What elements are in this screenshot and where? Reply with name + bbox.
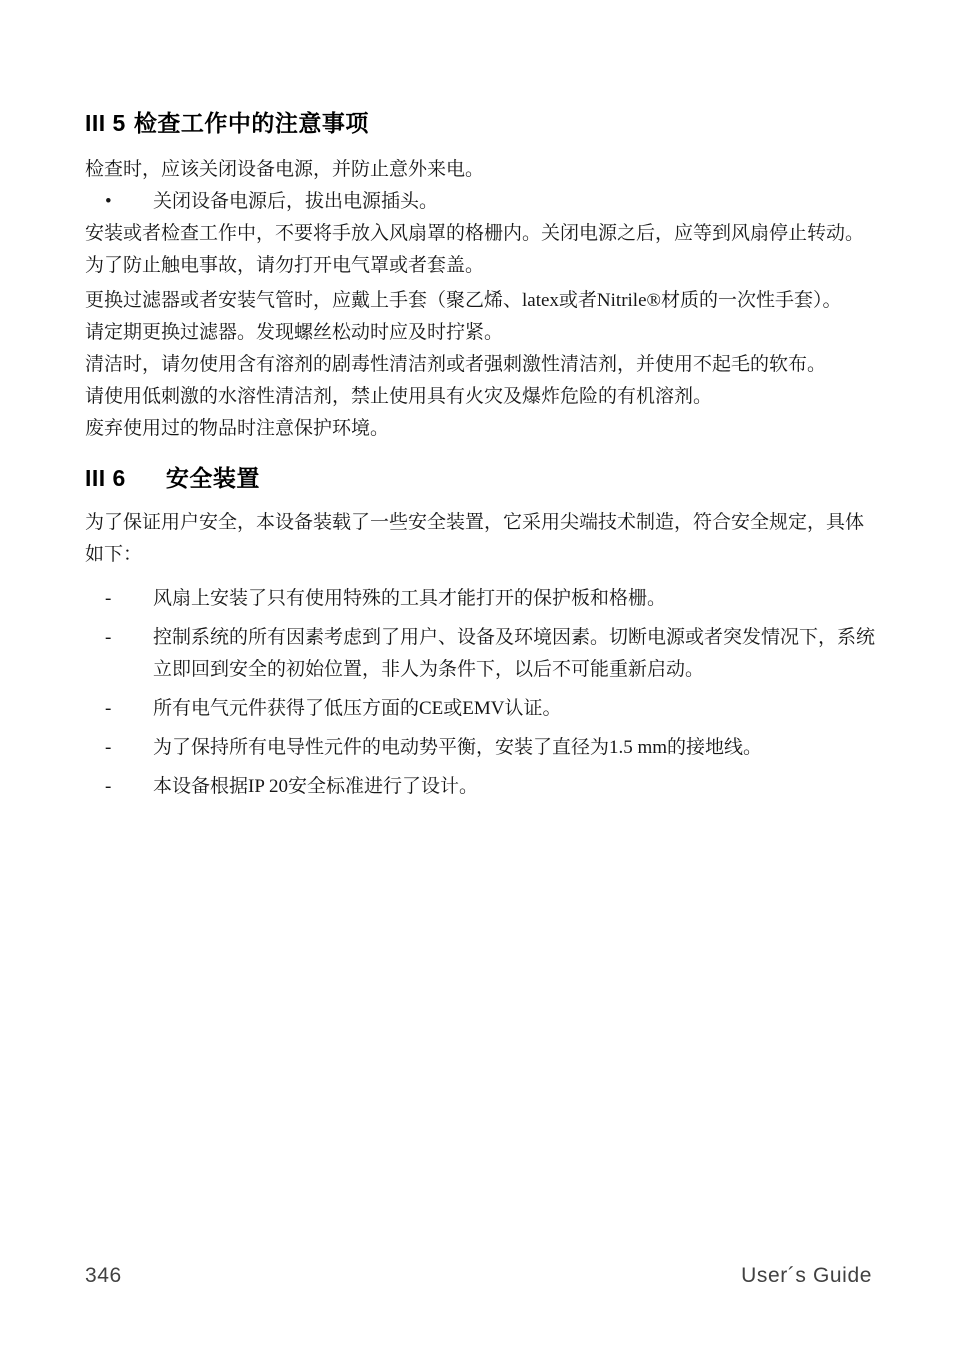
guide-label: User´s Guide	[741, 1264, 872, 1288]
paragraph-fan-guard: 安装或者检查工作中，不要将手放入风扇罩的格栅内。关闭电源之后，应等到风扇停止转动…	[85, 218, 875, 250]
dash-icon: -	[85, 771, 153, 803]
safety-item-text: 控制系统的所有因素考虑到了用户、设备及环境因素。切断电源或者突发情况下，系统立即…	[153, 622, 875, 686]
bullet-item-unplug: • 关闭设备电源后，拔出电源插头。	[85, 186, 875, 218]
paragraph-filter-replace: 请定期更换过滤器。发现螺丝松动时应及时拧紧。	[85, 317, 875, 349]
dash-icon: -	[85, 732, 153, 764]
page-content: III 5检查工作中的注意事项 检查时，应该关闭设备电源，并防止意外来电。 • …	[85, 108, 875, 803]
paragraph-inspection-power-off: 检查时，应该关闭设备电源，并防止意外来电。	[85, 154, 875, 186]
bullet-icon: •	[85, 186, 153, 218]
paragraph-disposal: 废弃使用过的物品时注意保护环境。	[85, 413, 875, 445]
section-iii6-title: 安全装置	[166, 465, 260, 491]
paragraph-electric-cover: 为了防止触电事故，请勿打开电气罩或者套盖。	[85, 250, 875, 282]
section-iii6-number: III 6	[85, 465, 126, 491]
document-page: III 5检查工作中的注意事项 检查时，应该关闭设备电源，并防止意外来电。 • …	[0, 0, 954, 1350]
section-iii6-heading: III 6安全装置	[85, 463, 875, 493]
safety-item-fan-guard: - 风扇上安装了只有使用特殊的工具才能打开的保护板和格栅。	[85, 583, 875, 615]
dash-icon: -	[85, 622, 153, 654]
paragraph-safety-intro: 为了保证用户安全，本设备装载了一些安全装置，它采用尖端技术制造，符合安全规定，具…	[85, 507, 875, 571]
safety-item-ip20: - 本设备根据IP 20安全标准进行了设计。	[85, 771, 875, 803]
page-footer: 346 User´s Guide	[85, 1264, 872, 1288]
section-iii5-number: III 5	[85, 110, 126, 136]
bullet-item-text: 关闭设备电源后，拔出电源插头。	[153, 186, 875, 218]
safety-item-grounding: - 为了保持所有电导性元件的电动势平衡，安装了直径为1.5 mm的接地线。	[85, 732, 875, 764]
dash-icon: -	[85, 583, 153, 615]
safety-item-text: 所有电气元件获得了低压方面的CE或EMV认证。	[153, 693, 875, 725]
section-iii5-heading: III 5检查工作中的注意事项	[85, 108, 875, 138]
safety-item-control-system: - 控制系统的所有因素考虑到了用户、设备及环境因素。切断电源或者突发情况下，系统…	[85, 622, 875, 686]
safety-item-ce-emv: - 所有电气元件获得了低压方面的CE或EMV认证。	[85, 693, 875, 725]
page-number: 346	[85, 1264, 122, 1288]
safety-item-text: 风扇上安装了只有使用特殊的工具才能打开的保护板和格栅。	[153, 583, 875, 615]
section-iii5-title: 检查工作中的注意事项	[134, 110, 369, 136]
paragraph-water-soluble-cleaner: 请使用低刺激的水溶性清洁剂，禁止使用具有火灾及爆炸危险的有机溶剂。	[85, 381, 875, 413]
safety-item-text: 本设备根据IP 20安全标准进行了设计。	[153, 771, 875, 803]
paragraph-cleaning-agents: 清洁时，请勿使用含有溶剂的剧毒性清洁剂或者强刺激性清洁剂，并使用不起毛的软布。	[85, 349, 875, 381]
safety-item-text: 为了保持所有电导性元件的电动势平衡，安装了直径为1.5 mm的接地线。	[153, 732, 875, 764]
paragraph-gloves: 更换过滤器或者安装气管时，应戴上手套（聚乙烯、latex或者Nitrile®材质…	[85, 285, 875, 317]
dash-icon: -	[85, 693, 153, 725]
